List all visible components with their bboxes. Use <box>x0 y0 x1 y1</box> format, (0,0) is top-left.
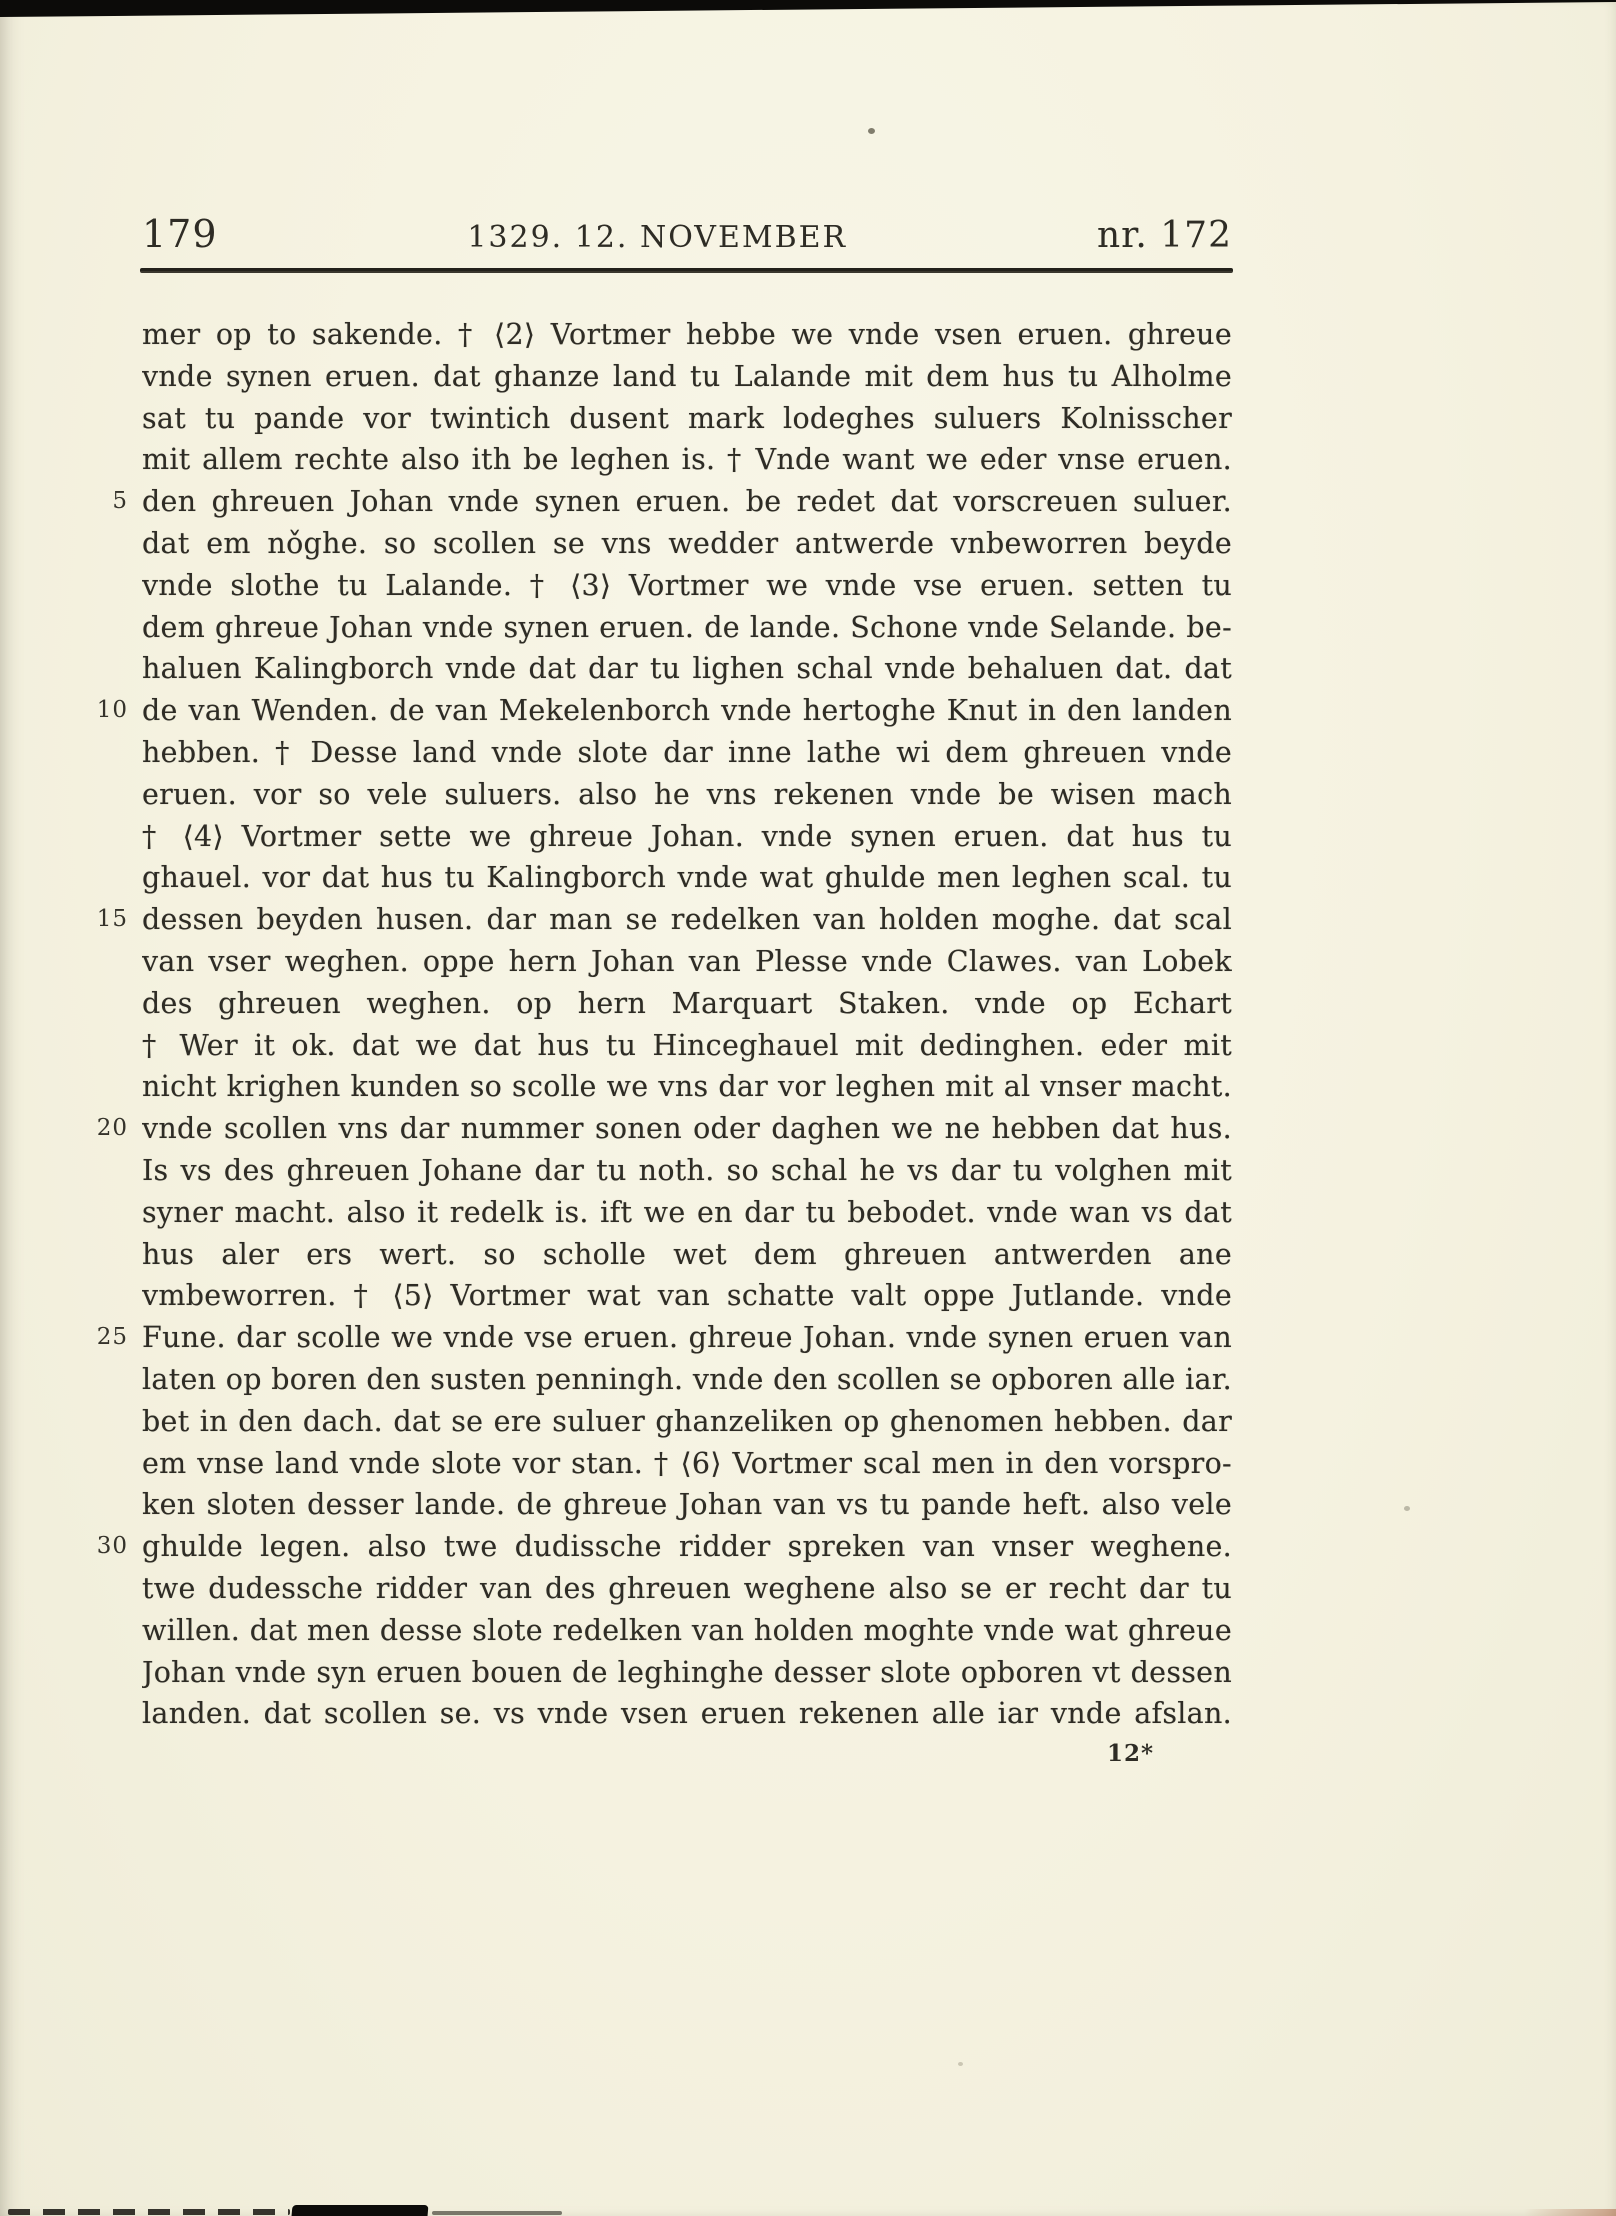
text-line: vmbeworren. † ⟨5⟩ Vortmer wat van schatt… <box>142 1275 1232 1317</box>
line-number: 25 <box>86 1317 128 1359</box>
text-line: laten op boren den susten penningh. vnde… <box>142 1359 1232 1401</box>
header-rule <box>140 268 1233 273</box>
line-text: laten op boren den susten penningh. vnde… <box>142 1359 1232 1401</box>
line-text: dat em nǒghe. so scollen se vns wedder a… <box>142 523 1232 565</box>
line-text: em vnse land vnde slote vor stan. † ⟨6⟩ … <box>142 1443 1232 1485</box>
text-line: landen. dat scollen se. vs vnde vsen eru… <box>142 1693 1232 1735</box>
signature-mark: 12* <box>1107 1740 1154 1767</box>
scan-speck <box>868 128 875 134</box>
scan-artifact-tail <box>432 2211 562 2215</box>
line-text: ghulde legen. also twe dudissche ridder … <box>142 1526 1232 1568</box>
running-title: 1329. 12. NOVEMBER <box>467 220 847 255</box>
line-number: 20 <box>86 1108 128 1150</box>
text-line: 15dessen beyden husen. dar man se redelk… <box>142 899 1232 941</box>
line-text: eruen. vor so vele suluers. also he vns … <box>142 774 1232 816</box>
text-line: hebben. † Desse land vnde slote dar inne… <box>142 732 1232 774</box>
text-line: dat em nǒghe. so scollen se vns wedder a… <box>142 523 1232 565</box>
line-text: Johan vnde syn eruen bouen de leghinghe … <box>142 1652 1232 1694</box>
line-text: mit allem rechte also ith be leghen is. … <box>142 439 1232 481</box>
text-line: hus aler ers wert. so scholle wet dem gh… <box>142 1234 1232 1276</box>
text-block: mer op to sakende. † ⟨2⟩ Vortmer hebbe w… <box>142 314 1232 1735</box>
text-line: em vnse land vnde slote vor stan. † ⟨6⟩ … <box>142 1443 1232 1485</box>
text-line: 20vnde scollen vns dar nummer sonen oder… <box>142 1108 1232 1150</box>
line-text: haluen Kalingborch vnde dat dar tu lighe… <box>142 648 1232 690</box>
line-text: den ghreuen Johan vnde synen eruen. be r… <box>142 481 1232 523</box>
line-text: sat tu pande vor twintich dusent mark lo… <box>142 398 1232 440</box>
text-line: mer op to sakende. † ⟨2⟩ Vortmer hebbe w… <box>142 314 1232 356</box>
line-text: nicht krighen kunden so scolle we vns da… <box>142 1066 1232 1108</box>
text-line: sat tu pande vor twintich dusent mark lo… <box>142 398 1232 440</box>
line-text: landen. dat scollen se. vs vnde vsen eru… <box>142 1693 1232 1735</box>
text-line: Johan vnde syn eruen bouen de leghinghe … <box>142 1652 1232 1694</box>
text-line: haluen Kalingborch vnde dat dar tu lighe… <box>142 648 1232 690</box>
line-text: vnde synen eruen. dat ghanze land tu Lal… <box>142 356 1232 398</box>
text-line: vnde synen eruen. dat ghanze land tu Lal… <box>142 356 1232 398</box>
text-line: des ghreuen weghen. op hern Marquart Sta… <box>142 983 1232 1025</box>
line-text: mer op to sakende. † ⟨2⟩ Vortmer hebbe w… <box>142 314 1232 356</box>
document-number: nr. 172 <box>1097 215 1232 256</box>
scanned-page: 179 1329. 12. NOVEMBER nr. 172 mer op to… <box>0 0 1616 2216</box>
text-line: † ⟨4⟩ Vortmer sette we ghreue Johan. vnd… <box>142 816 1232 858</box>
line-text: bet in den dach. dat se ere suluer ghanz… <box>142 1401 1232 1443</box>
text-line: 10de van Wenden. de van Mekelenborch vnd… <box>142 690 1232 732</box>
scan-artifact-smudge <box>1524 2209 1616 2216</box>
line-text: ghauel. vor dat hus tu Kalingborch vnde … <box>142 857 1232 899</box>
text-line: van vser weghen. oppe hern Johan van Ple… <box>142 941 1232 983</box>
line-number: 30 <box>86 1526 128 1568</box>
line-text: dessen beyden husen. dar man se redelken… <box>142 899 1232 941</box>
text-line: 25Fune. dar scolle we vnde vse eruen. gh… <box>142 1317 1232 1359</box>
text-line: eruen. vor so vele suluers. also he vns … <box>142 774 1232 816</box>
line-text: des ghreuen weghen. op hern Marquart Sta… <box>142 983 1232 1025</box>
text-line: 30ghulde legen. also twe dudissche ridde… <box>142 1526 1232 1568</box>
text-line: syner macht. also it redelk is. ift we e… <box>142 1192 1232 1234</box>
line-text: vnde slothe tu Lalande. † ⟨3⟩ Vortmer we… <box>142 565 1232 607</box>
line-text: Fune. dar scolle we vnde vse eruen. ghre… <box>142 1317 1232 1359</box>
text-line: Is vs des ghreuen Johane dar tu noth. so… <box>142 1150 1232 1192</box>
text-line: twe dudessche ridder van des ghreuen weg… <box>142 1568 1232 1610</box>
line-text: syner macht. also it redelk is. ift we e… <box>142 1192 1232 1234</box>
scan-artifact-blob <box>292 2205 429 2216</box>
line-number: 10 <box>86 690 128 732</box>
line-text: van vser weghen. oppe hern Johan van Ple… <box>142 941 1232 983</box>
text-line: vnde slothe tu Lalande. † ⟨3⟩ Vortmer we… <box>142 565 1232 607</box>
text-line: bet in den dach. dat se ere suluer ghanz… <box>142 1401 1232 1443</box>
text-line: nicht krighen kunden so scolle we vns da… <box>142 1066 1232 1108</box>
text-line: ken sloten desser lande. de ghreue Johan… <box>142 1484 1232 1526</box>
text-line: 5den ghreuen Johan vnde synen eruen. be … <box>142 481 1232 523</box>
line-text: dem ghreue Johan vnde synen eruen. de la… <box>142 607 1232 649</box>
line-text: de van Wenden. de van Mekelenborch vnde … <box>142 690 1232 732</box>
line-number: 5 <box>86 481 128 523</box>
line-number: 15 <box>86 899 128 941</box>
text-line: willen. dat men desse slote redelken van… <box>142 1610 1232 1652</box>
scan-speck <box>958 2062 963 2066</box>
page-header: 179 1329. 12. NOVEMBER nr. 172 <box>142 212 1232 256</box>
scan-edge-top <box>0 0 1616 17</box>
line-text: willen. dat men desse slote redelken van… <box>142 1610 1232 1652</box>
scan-speck <box>1404 1506 1410 1511</box>
page-number: 179 <box>142 212 218 256</box>
line-text: Is vs des ghreuen Johane dar tu noth. so… <box>142 1150 1232 1192</box>
line-text: vmbeworren. † ⟨5⟩ Vortmer wat van schatt… <box>142 1275 1232 1317</box>
line-text: † ⟨4⟩ Vortmer sette we ghreue Johan. vnd… <box>142 816 1232 858</box>
page-footer: 12* <box>142 1740 1232 1767</box>
line-text: † Wer it ok. dat we dat hus tu Hinceghau… <box>142 1025 1232 1067</box>
text-line: mit allem rechte also ith be leghen is. … <box>142 439 1232 481</box>
scan-artifact-dashes <box>8 2209 290 2215</box>
line-text: vnde scollen vns dar nummer sonen oder d… <box>142 1108 1232 1150</box>
line-text: twe dudessche ridder van des ghreuen weg… <box>142 1568 1232 1610</box>
line-text: hebben. † Desse land vnde slote dar inne… <box>142 732 1232 774</box>
line-text: hus aler ers wert. so scholle wet dem gh… <box>142 1234 1232 1276</box>
text-line: dem ghreue Johan vnde synen eruen. de la… <box>142 607 1232 649</box>
text-line: ghauel. vor dat hus tu Kalingborch vnde … <box>142 857 1232 899</box>
line-text: ken sloten desser lande. de ghreue Johan… <box>142 1484 1232 1526</box>
text-line: † Wer it ok. dat we dat hus tu Hinceghau… <box>142 1025 1232 1067</box>
